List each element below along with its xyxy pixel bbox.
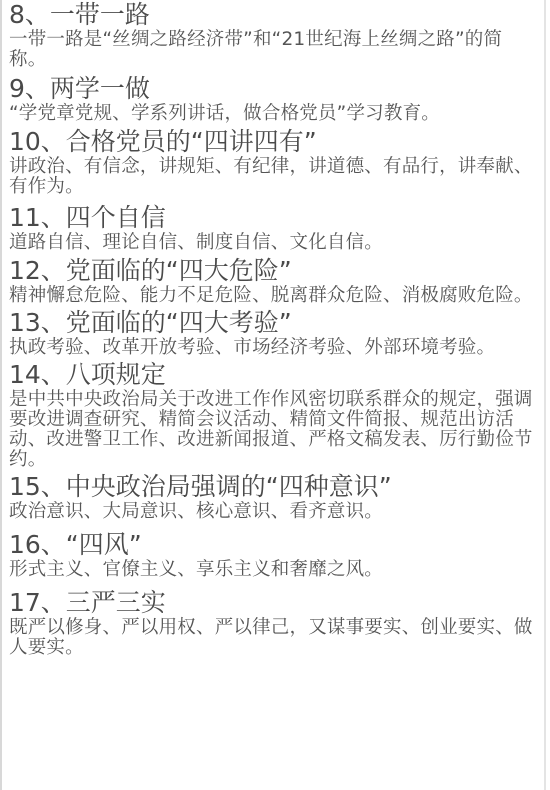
section-body: 执政考验、改革开放考验、市场经济考验、外部环境考验。 <box>9 338 538 358</box>
section-heading: 17、三严三实 <box>9 588 538 618</box>
section-heading: 9、两学一做 <box>9 74 538 104</box>
section-9: 9、两学一做 “学党章党规、学系列讲话，做合格党员”学习教育。 <box>9 74 538 124</box>
section-15: 15、中央政治局强调的“四种意识” 政治意识、大局意识、核心意识、看齐意识。 <box>9 472 538 522</box>
section-heading: 11、四个自信 <box>9 203 538 233</box>
section-body: “学党章党规、学系列讲话，做合格党员”学习教育。 <box>9 104 538 124</box>
section-body: 一带一路是“丝绸之路经济带”和“21世纪海上丝绸之路”的简称。 <box>9 30 538 70</box>
section-body: 政治意识、大局意识、核心意识、看齐意识。 <box>9 502 538 522</box>
section-heading: 14、八项规定 <box>9 360 538 390</box>
section-body: 形式主义、官僚主义、享乐主义和奢靡之风。 <box>9 560 538 580</box>
section-16: 16、“四风” 形式主义、官僚主义、享乐主义和奢靡之风。 <box>9 530 538 580</box>
section-body: 既严以修身、严以用权、严以律己，又谋事要实、创业要实、做人要实。 <box>9 618 538 658</box>
section-heading: 10、合格党员的“四讲四有” <box>9 127 538 157</box>
section-heading: 16、“四风” <box>9 530 538 560</box>
section-body: 道路自信、理论自信、制度自信、文化自信。 <box>9 233 538 253</box>
section-heading: 8、一带一路 <box>9 0 538 30</box>
section-17: 17、三严三实 既严以修身、严以用权、严以律己，又谋事要实、创业要实、做人要实。 <box>9 588 538 658</box>
section-12: 12、党面临的“四大危险” 精神懈怠危险、能力不足危险、脱离群众危险、消极腐败危… <box>9 256 538 306</box>
section-body: 讲政治、有信念，讲规矩、有纪律，讲道德、有品行，讲奉献、有作为。 <box>9 157 538 197</box>
document-page: 8、一带一路 一带一路是“丝绸之路经济带”和“21世纪海上丝绸之路”的简称。 9… <box>0 0 546 790</box>
section-10: 10、合格党员的“四讲四有” 讲政治、有信念，讲规矩、有纪律，讲道德、有品行，讲… <box>9 127 538 197</box>
section-11: 11、四个自信 道路自信、理论自信、制度自信、文化自信。 <box>9 203 538 253</box>
section-heading: 13、党面临的“四大考验” <box>9 308 538 338</box>
section-13: 13、党面临的“四大考验” 执政考验、改革开放考验、市场经济考验、外部环境考验。 <box>9 308 538 358</box>
section-heading: 12、党面临的“四大危险” <box>9 256 538 286</box>
section-body: 精神懈怠危险、能力不足危险、脱离群众危险、消极腐败危险。 <box>9 286 538 306</box>
section-heading: 15、中央政治局强调的“四种意识” <box>9 472 538 502</box>
section-body: 是中共中央政治局关于改进工作作风密切联系群众的规定，强调要改进调查研究、精简会议… <box>9 390 538 470</box>
section-8: 8、一带一路 一带一路是“丝绸之路经济带”和“21世纪海上丝绸之路”的简称。 <box>9 0 538 70</box>
section-14: 14、八项规定 是中共中央政治局关于改进工作作风密切联系群众的规定，强调要改进调… <box>9 360 538 470</box>
